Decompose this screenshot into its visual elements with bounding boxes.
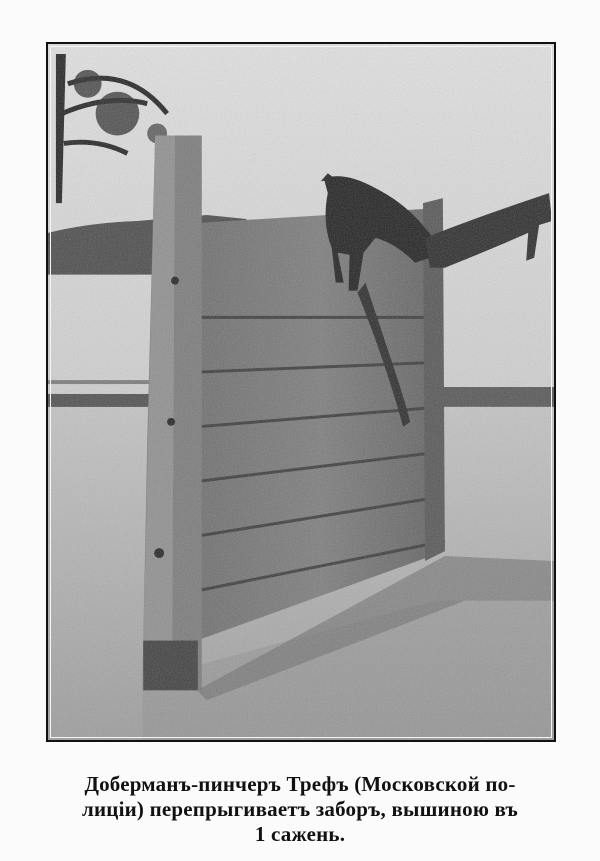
photo-inner-border [50,46,552,738]
caption-line: 1 сажень. [0,822,600,847]
caption-line: Доберманъ-пинчеръ Трефъ (Московской по- [0,772,600,797]
caption-line: лиціи) перепрыгиваетъ заборъ, вышиною въ [0,797,600,822]
photograph [46,42,556,742]
figure-caption: Доберманъ-пинчеръ Трефъ (Московской по- … [0,772,600,847]
